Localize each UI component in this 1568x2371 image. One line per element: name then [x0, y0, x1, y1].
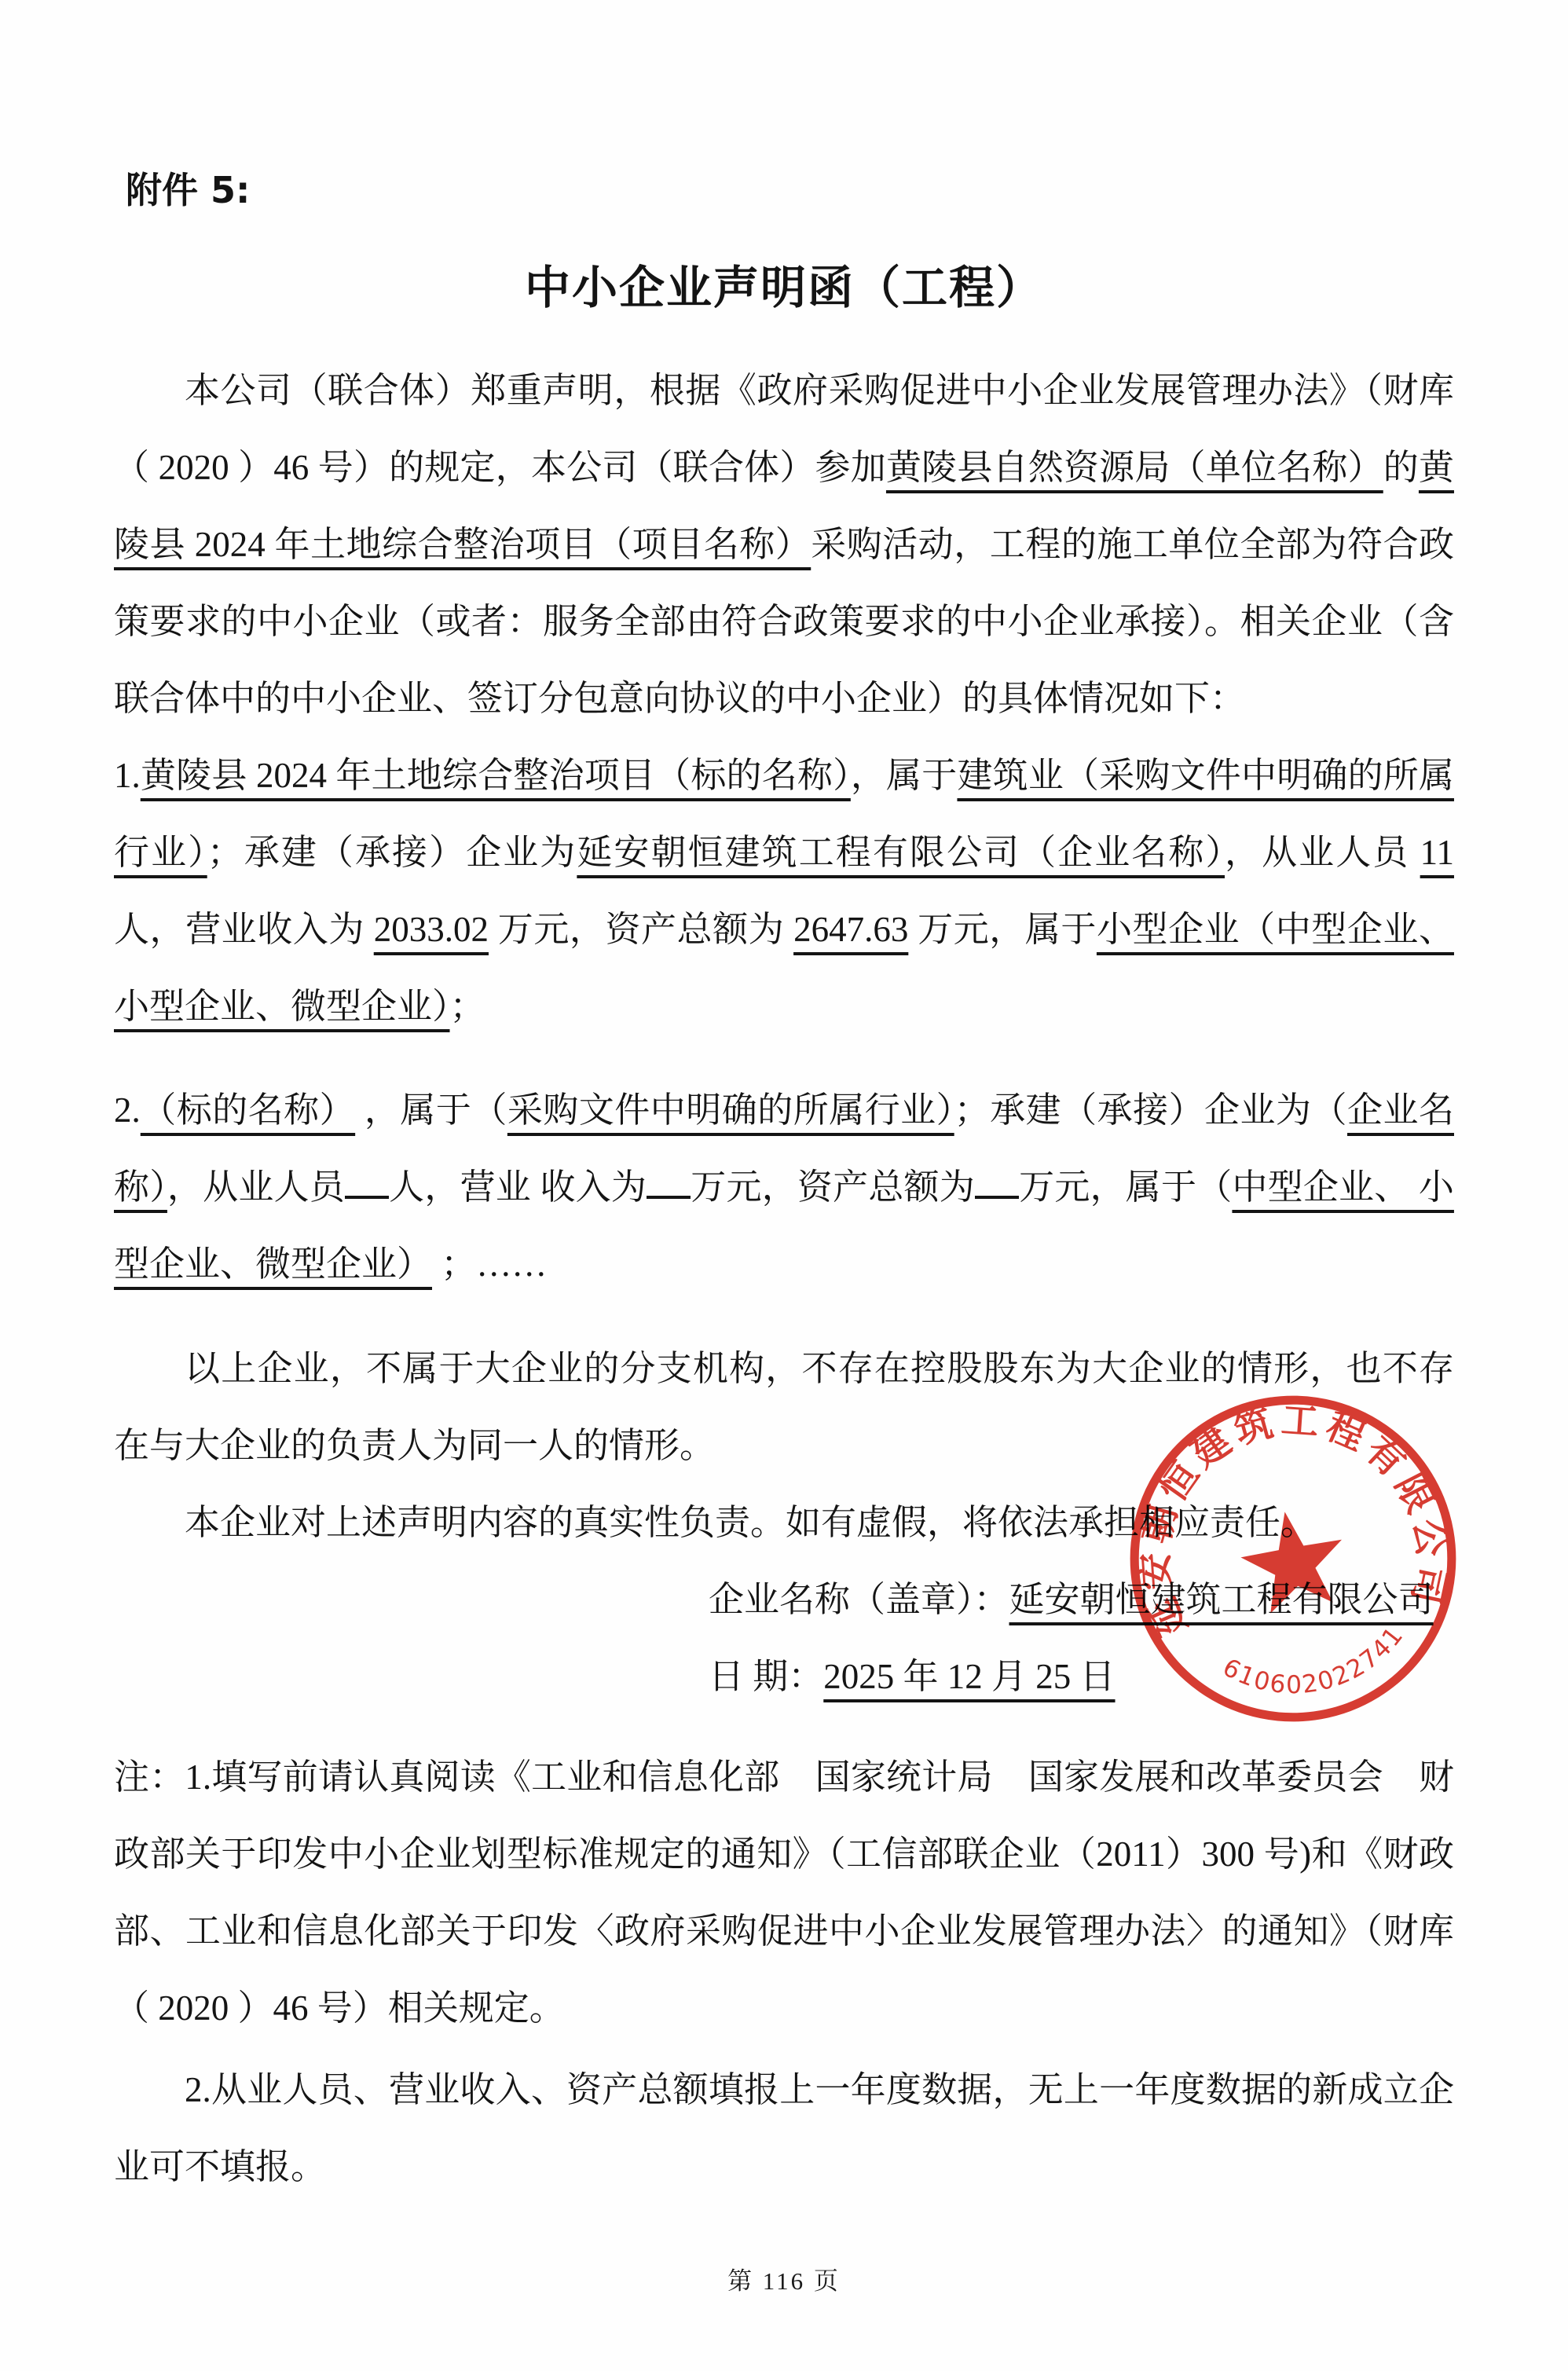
underlined-text: 黄陵县 2024 年土地综合整治项目（标的名称）: [141, 756, 851, 795]
signature-date-line: 日 期：2025 年 12 月 25 日: [114, 1638, 1454, 1715]
note-2: 2.从业人员、营业收入、资产总额填报上一年度数据，无上一年度数据的新成立企业可不…: [114, 2051, 1454, 2205]
underlined-text: （标的名称）: [141, 1090, 355, 1130]
fill-in-blank: [975, 1164, 1019, 1199]
text-segment: 2.从业人员、营业收入、资产总额填报上一年度数据，无上一年度数据的新成立企业可不…: [114, 2070, 1454, 2186]
fill-in-blank: [345, 1164, 389, 1199]
text-segment: ，从业人员: [167, 1167, 345, 1207]
document-content: 附件 5: 中小企业声明函（工程） 本公司（联合体）郑重声明，根据《政府采购促进…: [114, 0, 1454, 2205]
paragraph-declaration-intro: 本公司（联合体）郑重声明，根据《政府采购促进中小企业发展管理办法》（财库（ 20…: [114, 352, 1454, 737]
attachment-label: 附件 5:: [114, 167, 1454, 214]
text-segment: ；承建（承接）企业为（: [954, 1090, 1347, 1130]
note-1: 注：1.填写前请认真阅读《工业和信息化部 国家统计局 国家发展和改革委员会 财政…: [114, 1739, 1454, 2047]
text-segment: ；: [450, 987, 485, 1026]
text-segment: ，从业人员: [1225, 833, 1420, 872]
text-segment: 2.: [114, 1090, 141, 1130]
fill-in-blank: [647, 1164, 691, 1199]
underlined-text: 延安朝恒建筑工程有限公司: [1009, 1580, 1434, 1619]
underlined-text: 2647.63: [793, 910, 908, 949]
paragraph-item-1: 1.黄陵县 2024 年土地综合整治项目（标的名称），属于建筑业（采购文件中明确…: [114, 737, 1454, 1045]
paragraph-responsibility: 本企业对上述声明内容的真实性负责。如有虚假，将依法承担相应责任。: [114, 1484, 1454, 1561]
text-segment: 1.: [114, 756, 141, 795]
text-segment: 万元，资产总额为: [691, 1167, 975, 1207]
text-segment: ；承建（承接）企业为: [207, 833, 577, 872]
underlined-text: 2025 年 12 月 25 日: [823, 1657, 1115, 1696]
text-segment: 万元，属于（: [1019, 1167, 1232, 1207]
page-number: 第 116 页: [0, 2261, 1568, 2296]
text-segment: 万元，资产总额为: [489, 910, 793, 949]
underlined-text: 采购文件中明确的所属行业）: [507, 1090, 954, 1130]
text-segment: 万元，属于: [908, 910, 1097, 949]
underlined-text: 黄陵县自然资源局（单位名称）: [886, 448, 1383, 487]
paragraph-no-affiliation: 以上企业，不属于大企业的分支机构，不存在控股股东为大企业的情形，也不存在与大企业…: [114, 1330, 1454, 1484]
text-segment: 以上企业，不属于大企业的分支机构，不存在控股股东为大企业的情形，也不存在与大企业…: [114, 1349, 1454, 1465]
underlined-text: 11: [1420, 833, 1454, 872]
text-segment: ，属于: [851, 756, 958, 795]
text-segment: ，属于（: [355, 1090, 507, 1130]
text-segment: 人，营业 收入为: [389, 1167, 647, 1207]
signature-company-line: 企业名称（盖章）：延安朝恒建筑工程有限公司: [114, 1561, 1454, 1638]
paragraph-item-2: 2.（标的名称） ，属于（采购文件中明确的所属行业）；承建（承接）企业为（企业名…: [114, 1072, 1454, 1303]
text-segment: 人，营业收入为: [114, 910, 374, 949]
text-segment: 的: [1383, 448, 1419, 487]
text-segment: 企业名称（盖章）：: [709, 1580, 1009, 1619]
text-segment: 注：1.填写前请认真阅读《工业和信息化部 国家统计局 国家发展和改革委员会 财政…: [114, 1757, 1454, 2028]
text-segment: ；……: [432, 1244, 547, 1284]
document-title: 中小企业声明函（工程）: [114, 259, 1454, 316]
document-page: 附件 5: 中小企业声明函（工程） 本公司（联合体）郑重声明，根据《政府采购促进…: [0, 0, 1568, 2371]
underlined-text: 2033.02: [374, 910, 489, 949]
text-segment: 日 期：: [709, 1657, 823, 1696]
underlined-text: 延安朝恒建筑工程有限公司（企业名称）: [577, 833, 1225, 872]
text-segment: 本企业对上述声明内容的真实性负责。如有虚假，将依法承担相应责任。: [185, 1503, 1316, 1542]
